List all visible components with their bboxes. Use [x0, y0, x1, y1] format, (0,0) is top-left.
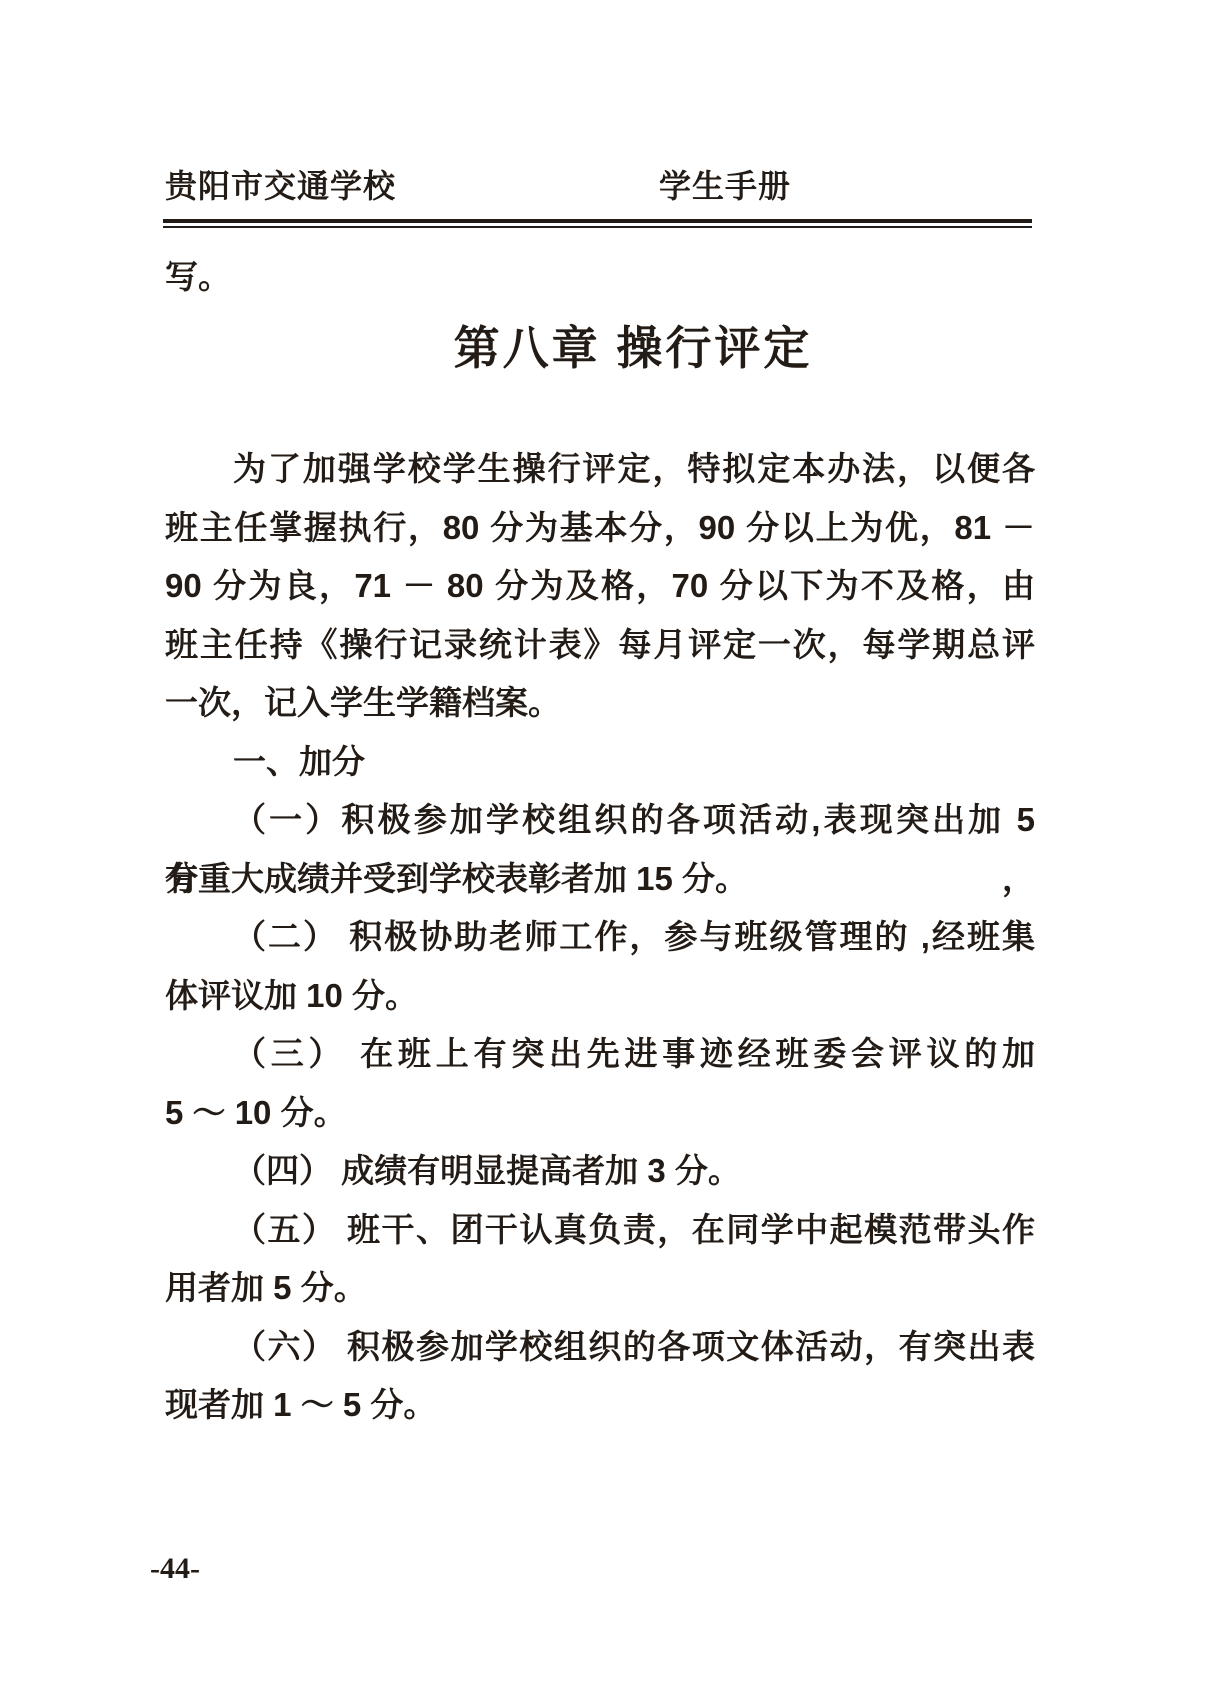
carryover-text: 写。	[165, 255, 231, 299]
text-line: （六） 积极参加学校组织的各项文体活动，有突出表	[165, 1318, 1035, 1377]
text-line: （一）积极参加学校组织的各项活动,表现突出加 5 分，	[165, 791, 1035, 850]
header-school-name: 贵阳市交通学校	[165, 166, 396, 206]
text-line: 一、加分	[165, 733, 1035, 792]
header-divider	[163, 219, 1032, 228]
text-line: 5 ～ 10 分。	[165, 1084, 1035, 1143]
text-line: 为了加强学校学生操行评定，特拟定本办法，以便各	[165, 440, 1035, 499]
chapter-title: 第八章 操行评定	[198, 320, 1068, 376]
text-line: 体评议加 10 分。	[165, 967, 1035, 1026]
text-line: 现者加 1 ～ 5 分。	[165, 1376, 1035, 1435]
text-line: 班主任掌握执行，80 分为基本分，90 分以上为优，81 －	[165, 499, 1035, 558]
header-divider-thick-line	[163, 219, 1032, 223]
page-number: -44-	[150, 1550, 200, 1588]
handbook-page: 贵阳市交通学校 学生手册 写。 第八章 操行评定 为了加强学校学生操行评定，特拟…	[0, 0, 1213, 1701]
text-line: （二） 积极协助老师工作，参与班级管理的 ,经班集	[165, 908, 1035, 967]
text-line: 一次，记入学生学籍档案。	[165, 674, 1035, 733]
text-line: （五） 班干、团干认真负责，在同学中起模范带头作	[165, 1201, 1035, 1260]
body-text: 为了加强学校学生操行评定，特拟定本办法，以便各 班主任掌握执行，80 分为基本分…	[165, 440, 1035, 1435]
text-line: （三） 在班上有突出先进事迹经班委会评议的加	[165, 1025, 1035, 1084]
text-line: （四） 成绩有明显提高者加 3 分。	[165, 1142, 1035, 1201]
text-line: 90 分为良，71 － 80 分为及格，70 分以下为不及格，由	[165, 557, 1035, 616]
page-header: 贵阳市交通学校 学生手册	[165, 166, 1035, 206]
text-line: 班主任持《操行记录统计表》每月评定一次，每学期总评	[165, 616, 1035, 675]
header-divider-thin-line	[163, 226, 1032, 228]
header-book-title: 学生手册	[659, 166, 791, 206]
text-line: 用者加 5 分。	[165, 1259, 1035, 1318]
